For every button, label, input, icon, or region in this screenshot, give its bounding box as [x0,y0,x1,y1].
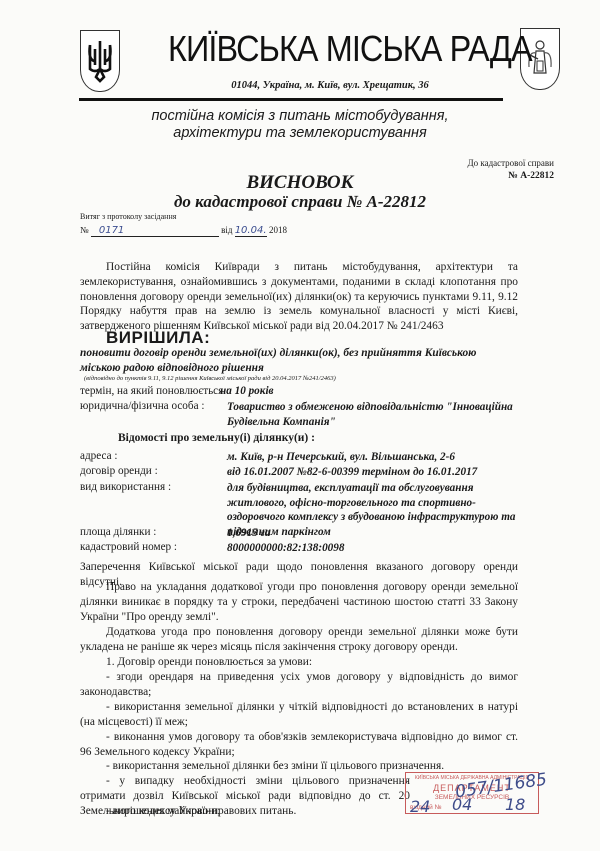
header-divider [79,98,503,101]
protocol-line: № 0171 від 10.04. 2018 [80,225,287,237]
term-value: на 10 років [220,385,274,397]
right-paragraph: Право на укладання додаткової угоди про … [80,580,518,624]
decision-text: поновити договір оренди земельної(их) ді… [80,346,518,376]
lease-agreement-label: договір оренди : [80,465,158,477]
cadastral-number-label: кадастровий номер : [80,541,177,553]
document-subtitle: до кадастрової справи № А-22812 [0,192,600,212]
term-label: термін, на який поновлюється : [80,385,229,397]
entity-value: Товариство з обмеженою відповідальністю … [227,400,527,429]
document-title: ВИСНОВОК [0,172,600,194]
protocol-date: 10.04. [235,225,267,237]
plot-address-value: м. Київ, р-н Печерський, вул. Вільшанськ… [227,450,527,465]
usage-type-label: вид використання : [80,481,171,493]
condition-item: - виконання умов договору та обов'язків … [80,730,518,760]
plot-area-value: 1,6915 га [227,526,527,541]
organization-address: 01044, Україна, м. Київ, вул. Хрещатик, … [150,80,510,91]
protocol-date-prefix: від [221,225,232,235]
cadastral-number-value: 8000000000:82:138:0098 [227,541,527,556]
commission-line-2: архітектури та землекористування [120,125,480,142]
stamp-date-day: 24 [410,797,430,816]
case-reference-label: До кадастрової справи [467,157,554,169]
protocol-number: 0171 [91,225,219,237]
agreement-paragraph: Додаткова угода про поновлення договору … [80,625,518,655]
protocol-label: Витяг з протоколу засідання [80,212,176,221]
decision-note: (відповідно до пунктів 9.11, 9.12 рішенн… [84,375,336,382]
conditions-heading: 1. Договір оренди поновлюється за умови: [80,655,518,670]
condition-item: - використання земельної ділянки у чіткі… [80,700,518,730]
commission-name: постійна комісія з питань містобудування… [120,108,480,142]
plot-area-label: площа ділянки : [80,526,156,538]
plot-address-label: адреса : [80,450,117,462]
intro-paragraph: Постійна комісія Київради з питань місто… [80,260,518,334]
protocol-year: 2018 [269,225,287,235]
protocol-number-prefix: № [80,225,89,235]
entity-label: юридична/фізична особа : [80,400,204,412]
organization-name: КИЇВСЬКА МІСЬКА РАДА [168,28,492,70]
stamp-date-month: 04 [452,795,472,814]
plot-heading: Відомості про земельну(і) ділянку(и) : [118,432,315,444]
condition-item: - згоди орендаря на приведення усіх умов… [80,670,518,700]
lease-agreement-value: від 16.01.2007 №82-6-00399 терміном до 1… [227,465,527,480]
decision-heading: ВИРІШИЛА: [106,328,210,348]
trident-coat-of-arms-icon [80,30,120,92]
commission-line-1: постійна комісія з питань містобудування… [120,108,480,125]
stamp-date-year: 18 [505,795,525,814]
